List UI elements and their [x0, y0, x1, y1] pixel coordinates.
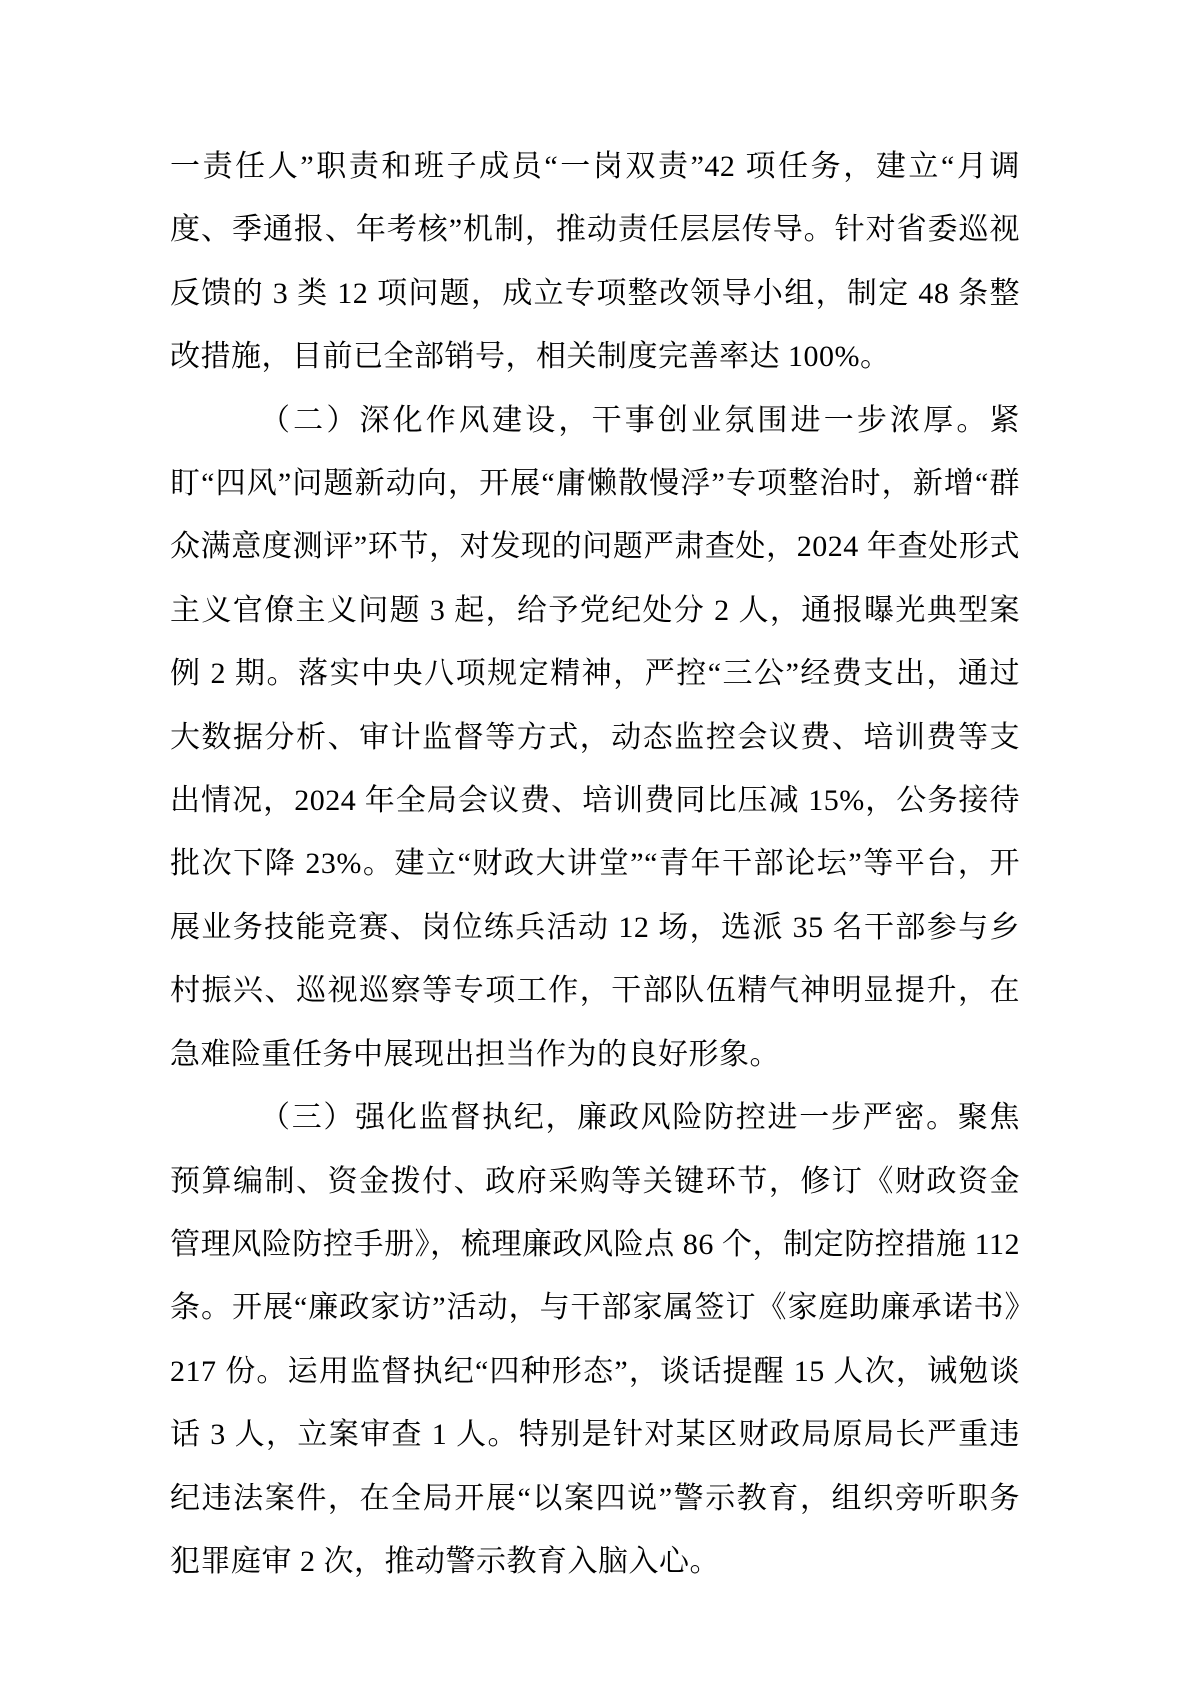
document-page: 一责任人”职责和班子成员“一岗双责”42 项任务，建立“月调度、季通报、年考核”…	[0, 0, 1190, 1683]
paragraph-section-3: （三）强化监督执纪，廉政风险防控进一步严密。聚焦预算编制、资金拨付、政府采购等关…	[170, 1086, 1020, 1593]
paragraph-section-2: （二）深化作风建设，干事创业氛围进一步浓厚。紧盯“四风”问题新动向，开展“庸懒散…	[170, 389, 1020, 1086]
paragraph-continuation: 一责任人”职责和班子成员“一岗双责”42 项任务，建立“月调度、季通报、年考核”…	[170, 135, 1020, 389]
document-body: 一责任人”职责和班子成员“一岗双责”42 项任务，建立“月调度、季通报、年考核”…	[170, 135, 1020, 1593]
